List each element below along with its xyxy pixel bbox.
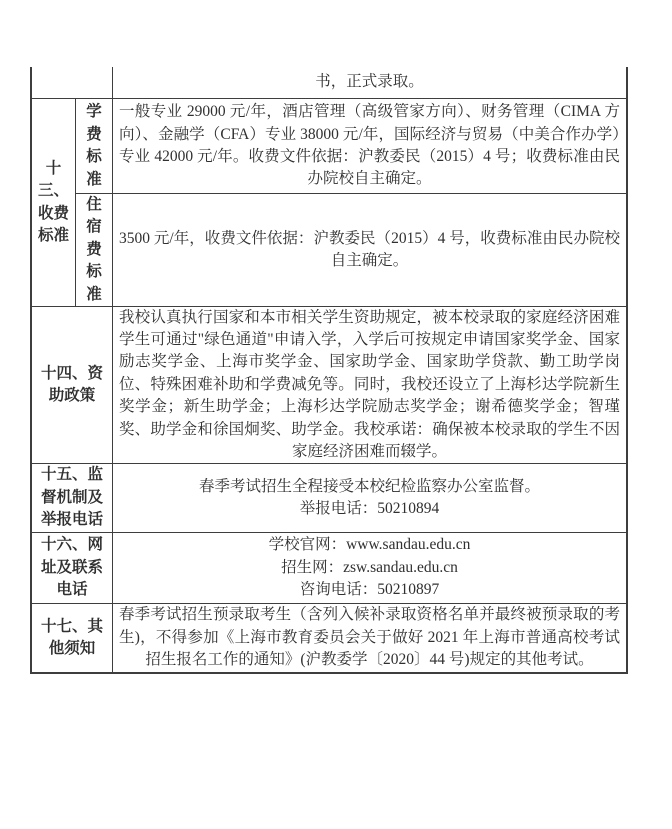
subrow-accommodation-fee: 住 宿 费 标 准 3500 元/年，收费文件依据：沪教委民（2015）4 号，… — [76, 193, 626, 306]
table-row-section-14-aid-policy: 十四、资 助政策 我校认真执行国家和本市相关学生资助规定，被本校录取的家庭经济困… — [32, 306, 626, 463]
table-row-continuation: 书，正式录取。 — [32, 67, 626, 98]
table-row-section-16-contacts: 十六、网 址及联系 电话 学校官网：www.sandau.edu.cn 招生网：… — [32, 532, 626, 603]
section-15-label: 十五、监 督机制及 举报电话 — [32, 464, 113, 532]
contacts-content-cell: 学校官网：www.sandau.edu.cn 招生网：zsw.sandau.ed… — [113, 533, 626, 603]
tuition-fee-content-cell: 一般专业 29000 元/年，酒店管理（高级管家方向）、财务管理（CIMA 方向… — [113, 99, 626, 193]
continuation-label-cell-empty — [32, 67, 113, 98]
accommodation-fee-sublabel: 住 宿 费 标 准 — [76, 194, 113, 306]
admissions-info-table: 书，正式录取。 十 三、 收费 标准 学 费 标 准 一般专业 29000 元/… — [30, 67, 628, 674]
other-notes-text: 春季考试招生预录取考生（含列入候补录取资格名单并最终被预录取的考生)，不得参加《… — [119, 604, 620, 671]
tuition-fee-sublabel: 学 费 标 准 — [76, 99, 113, 193]
other-notes-content-cell: 春季考试招生预录取考生（含列入候补录取资格名单并最终被预录取的考生)，不得参加《… — [113, 604, 626, 672]
supervision-content-cell: 春季考试招生全程接受本校纪检监察办公室监督。 举报电话：50210894 — [113, 464, 626, 532]
table-row-section-13-fees: 十 三、 收费 标准 学 费 标 准 一般专业 29000 元/年，酒店管理（高… — [32, 98, 626, 306]
continuation-content-cell: 书，正式录取。 — [113, 67, 626, 98]
aid-policy-content-cell: 我校认真执行国家和本市相关学生资助规定，被本校录取的家庭经济困难学生可通过"绿色… — [113, 307, 626, 463]
table-row-section-17-other-notes: 十七、其 他须知 春季考试招生预录取考生（含列入候补录取资格名单并最终被预录取的… — [32, 603, 626, 672]
continuation-text: 书，正式录取。 — [119, 71, 620, 93]
supervision-text: 春季考试招生全程接受本校纪检监察办公室监督。 举报电话：50210894 — [119, 476, 620, 521]
subrow-tuition-fee: 学 费 标 准 一般专业 29000 元/年，酒店管理（高级管家方向）、财务管理… — [76, 99, 626, 193]
section-16-label: 十六、网 址及联系 电话 — [32, 533, 113, 603]
document-page: { "page": { "background": "#ffffff", "te… — [0, 0, 672, 829]
table-row-section-15-supervision: 十五、监 督机制及 举报电话 春季考试招生全程接受本校纪检监察办公室监督。 举报… — [32, 463, 626, 532]
section-17-label: 十七、其 他须知 — [32, 604, 113, 672]
accommodation-fee-content-cell: 3500 元/年，收费文件依据：沪教委民（2015）4 号，收费标准由民办院校自… — [113, 194, 626, 306]
section-13-label: 十 三、 收费 标准 — [32, 99, 76, 306]
contacts-text: 学校官网：www.sandau.edu.cn 招生网：zsw.sandau.ed… — [119, 534, 620, 601]
section-13-subrows: 学 费 标 准 一般专业 29000 元/年，酒店管理（高级管家方向）、财务管理… — [76, 99, 626, 306]
tuition-fee-text: 一般专业 29000 元/年，酒店管理（高级管家方向）、财务管理（CIMA 方向… — [119, 101, 620, 191]
accommodation-fee-text: 3500 元/年，收费文件依据：沪教委民（2015）4 号，收费标准由民办院校自… — [119, 228, 620, 273]
section-14-label: 十四、资 助政策 — [32, 307, 113, 463]
aid-policy-text: 我校认真执行国家和本市相关学生资助规定，被本校录取的家庭经济困难学生可通过"绿色… — [119, 307, 620, 464]
